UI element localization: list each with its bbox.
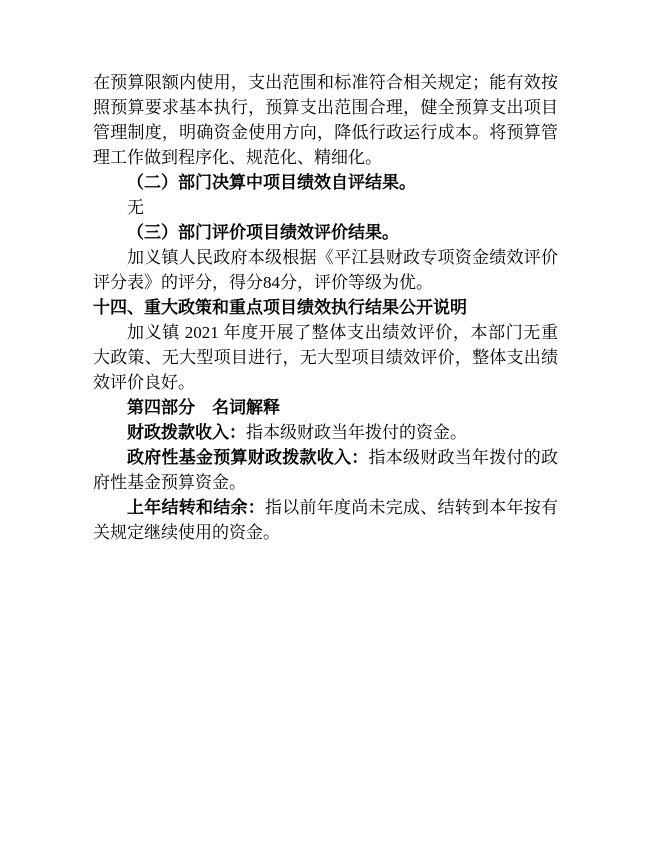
paragraph-evaluation-result: 加义镇人民政府本级根据《平江县财政专项资金绩效评价评分表》的评分，得分84分，评… (93, 245, 558, 295)
paragraph-budget-management: 在预算限额内使用，支出范围和标准符合相关规定；能有效按照预算要求基本执行，预算支… (93, 70, 558, 170)
paragraph-none: 无 (93, 195, 558, 220)
term-label-government-fund-budget-income: 政府性基金预算财政拨款收入： (127, 448, 369, 467)
term-fiscal-appropriation-income: 财政拨款收入：指本级财政当年拨付的资金。 (93, 420, 558, 445)
document-page: 在预算限额内使用，支出范围和标准符合相关规定；能有效按照预算要求基本执行，预算支… (0, 0, 652, 844)
heading-part-4-glossary: 第四部分 名词解释 (93, 395, 558, 420)
paragraph-section-14-body: 加义镇 2021 年度开展了整体支出绩效评价，本部门无重大政策、无大型项目进行，… (93, 320, 558, 395)
heading-section-14-major-policy: 十四、重大政策和重点项目绩效执行结果公开说明 (93, 295, 558, 320)
term-label-fiscal-appropriation-income: 财政拨款收入： (127, 423, 246, 442)
term-definition-fiscal-appropriation-income: 指本级财政当年拨付的资金。 (246, 423, 467, 442)
term-government-fund-budget-income: 政府性基金预算财政拨款收入：指本级财政当年拨付的政府性基金预算资金。 (93, 445, 558, 495)
heading-section-2-self-evaluation: （二）部门决算中项目绩效自评结果。 (93, 170, 558, 195)
heading-section-3-evaluation-result: （三）部门评价项目绩效评价结果。 (93, 220, 558, 245)
term-label-carryover-and-surplus: 上年结转和结余： (127, 498, 265, 517)
term-carryover-and-surplus: 上年结转和结余：指以前年度尚未完成、结转到本年按有关规定继续使用的资金。 (93, 495, 558, 545)
